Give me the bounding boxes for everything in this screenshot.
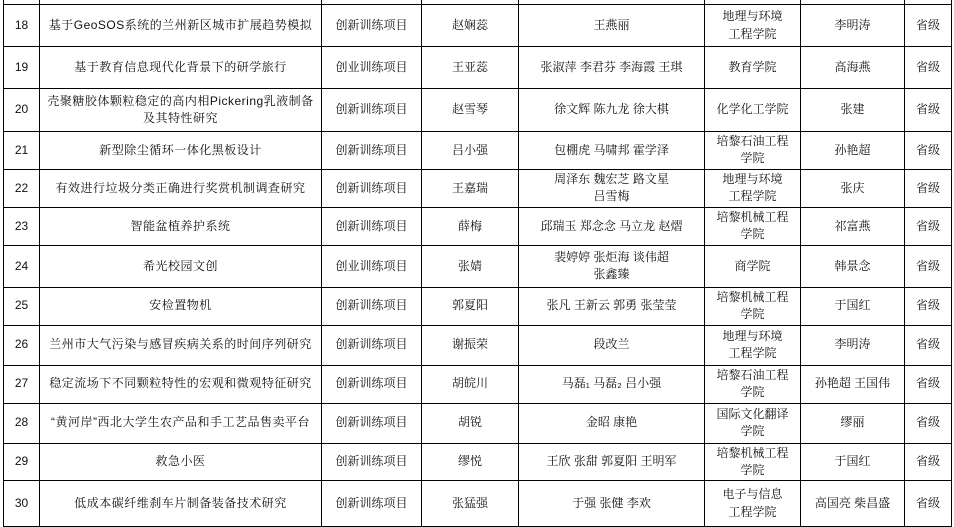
cell-college: 化学化工学院 <box>705 89 801 132</box>
cell-advisor: 李明涛 <box>801 325 905 365</box>
cell-leader: 赵娴蕊 <box>422 5 519 47</box>
cell-advisor: 缪丽 <box>801 403 905 443</box>
cell-members: 裴婷婷 张炬海 谈伟超 张鑫臻 <box>519 245 705 287</box>
cell-leader: 吕小强 <box>422 132 519 170</box>
cell-college: 培黎石油工程 学院 <box>705 365 801 403</box>
cell-leader: 郭夏阳 <box>422 287 519 325</box>
cell-advisor: 于国红 <box>801 443 905 481</box>
cell-college: 电子与信息 工程学院 <box>705 481 801 527</box>
cell-title: 基于教育信息现代化背景下的研学旅行 <box>40 47 322 89</box>
cell-members: 段改兰 <box>519 325 705 365</box>
cell-title: 基于GeoSOS系统的兰州新区城市扩展趋势模拟 <box>40 5 322 47</box>
table-row: 27稳定流场下不同颗粒特性的宏观和微观特征研究创新训练项目胡皖川马磊₁ 马磊₂ … <box>4 365 952 403</box>
table-row: 20壳聚糖胶体颗粒稳定的高内相Pickering乳液制备及其特性研究创新训练项目… <box>4 89 952 132</box>
cell-type: 创新训练项目 <box>322 5 422 47</box>
cell-advisor: 高海燕 <box>801 47 905 89</box>
cell-no: 21 <box>4 132 40 170</box>
cell-college: 培黎石油工程 学院 <box>705 132 801 170</box>
cell-college: 国际文化翻译 学院 <box>705 403 801 443</box>
cell-title: “黄河岸”西北大学生农产品和手工艺品售卖平台 <box>40 403 322 443</box>
cell-members: 王燕丽 <box>519 5 705 47</box>
cell-leader: 胡皖川 <box>422 365 519 403</box>
table-row: 29救急小医创新训练项目缪悦王欣 张甜 郭夏阳 王明军培黎机械工程 学院于国红省… <box>4 443 952 481</box>
cell-advisor: 孙艳超 王国伟 <box>801 365 905 403</box>
cell-no: 25 <box>4 287 40 325</box>
cell-no: 22 <box>4 169 40 207</box>
cell-college: 地理与环境 工程学院 <box>705 325 801 365</box>
cell-title: 壳聚糖胶体颗粒稳定的高内相Pickering乳液制备及其特性研究 <box>40 89 322 132</box>
cell-type: 创新训练项目 <box>322 365 422 403</box>
cell-no: 28 <box>4 403 40 443</box>
cell-advisor: 于国红 <box>801 287 905 325</box>
cell-level: 省级 <box>905 89 952 132</box>
cell-leader: 王嘉瑞 <box>422 169 519 207</box>
cell-leader: 薛梅 <box>422 207 519 245</box>
cell-members: 徐文辉 陈九龙 徐大棋 <box>519 89 705 132</box>
cell-no: 24 <box>4 245 40 287</box>
cell-leader: 王亚蕊 <box>422 47 519 89</box>
cell-type: 创新训练项目 <box>322 403 422 443</box>
cell-leader: 缪悦 <box>422 443 519 481</box>
cell-no: 26 <box>4 325 40 365</box>
table-row: 22有效进行垃圾分类正确进行奖赏机制调查研究创新训练项目王嘉瑞周泽东 魏宏芝 路… <box>4 169 952 207</box>
cell-type: 创新训练项目 <box>322 443 422 481</box>
cell-advisor: 韩景念 <box>801 245 905 287</box>
table-row: 30低成本碳纤维刹车片制备装备技术研究创新训练项目张猛强于强 张健 李欢电子与信… <box>4 481 952 527</box>
cell-no: 23 <box>4 207 40 245</box>
cell-members: 包棚虎 马啸邦 霍学泽 <box>519 132 705 170</box>
cell-type: 创新训练项目 <box>322 481 422 527</box>
cell-college: 培黎机械工程 学院 <box>705 287 801 325</box>
cell-type: 创新训练项目 <box>322 325 422 365</box>
cell-college: 商学院 <box>705 245 801 287</box>
cell-type: 创新训练项目 <box>322 207 422 245</box>
cell-no: 29 <box>4 443 40 481</box>
cell-level: 省级 <box>905 132 952 170</box>
table-row: 21新型除尘循环一体化黑板设计创新训练项目吕小强包棚虎 马啸邦 霍学泽培黎石油工… <box>4 132 952 170</box>
cell-advisor: 孙艳超 <box>801 132 905 170</box>
table-row: 28“黄河岸”西北大学生农产品和手工艺品售卖平台创新训练项目胡锐金昭 康艳国际文… <box>4 403 952 443</box>
table-row: 25安检置物机创新训练项目郭夏阳张凡 王新云 郭勇 张莹莹培黎机械工程 学院于国… <box>4 287 952 325</box>
cell-type: 创新训练项目 <box>322 132 422 170</box>
cell-members: 于强 张健 李欢 <box>519 481 705 527</box>
cell-level: 省级 <box>905 365 952 403</box>
cell-no: 27 <box>4 365 40 403</box>
cell-members: 邱瑞玉 郑念念 马立龙 赵熠 <box>519 207 705 245</box>
cell-leader: 胡锐 <box>422 403 519 443</box>
cell-type: 创业训练项目 <box>322 245 422 287</box>
cell-members: 金昭 康艳 <box>519 403 705 443</box>
cell-type: 创新训练项目 <box>322 89 422 132</box>
document-page: 18基于GeoSOS系统的兰州新区城市扩展趋势模拟创新训练项目赵娴蕊王燕丽地理与… <box>0 0 954 527</box>
cell-level: 省级 <box>905 443 952 481</box>
cell-members: 张淑萍 李君芬 李海霞 王琪 <box>519 47 705 89</box>
cell-members: 周泽东 魏宏芝 路文星 吕雪梅 <box>519 169 705 207</box>
cell-title: 低成本碳纤维刹车片制备装备技术研究 <box>40 481 322 527</box>
cell-level: 省级 <box>905 481 952 527</box>
cell-college: 培黎机械工程 学院 <box>705 443 801 481</box>
cell-level: 省级 <box>905 207 952 245</box>
cell-college: 培黎机械工程 学院 <box>705 207 801 245</box>
cell-advisor: 祁富燕 <box>801 207 905 245</box>
cell-type: 创新训练项目 <box>322 287 422 325</box>
cell-advisor: 李明涛 <box>801 5 905 47</box>
cell-no: 18 <box>4 5 40 47</box>
cell-title: 安检置物机 <box>40 287 322 325</box>
cell-type: 创业训练项目 <box>322 47 422 89</box>
cell-type: 创新训练项目 <box>322 169 422 207</box>
table-row: 26兰州市大气污染与感冒疾病关系的时间序列研究创新训练项目谢振荣段改兰地理与环境… <box>4 325 952 365</box>
table-row: 18基于GeoSOS系统的兰州新区城市扩展趋势模拟创新训练项目赵娴蕊王燕丽地理与… <box>4 5 952 47</box>
cell-college: 教育学院 <box>705 47 801 89</box>
cell-level: 省级 <box>905 5 952 47</box>
projects-table: 18基于GeoSOS系统的兰州新区城市扩展趋势模拟创新训练项目赵娴蕊王燕丽地理与… <box>3 0 952 527</box>
cell-title: 稳定流场下不同颗粒特性的宏观和微观特征研究 <box>40 365 322 403</box>
cell-advisor: 高国亮 柴昌盛 <box>801 481 905 527</box>
cell-advisor: 张庆 <box>801 169 905 207</box>
table-row: 19基于教育信息现代化背景下的研学旅行创业训练项目王亚蕊张淑萍 李君芬 李海霞 … <box>4 47 952 89</box>
cell-level: 省级 <box>905 245 952 287</box>
table-row: 24希光校园文创创业训练项目张婧裴婷婷 张炬海 谈伟超 张鑫臻商学院韩景念省级 <box>4 245 952 287</box>
cell-level: 省级 <box>905 403 952 443</box>
cell-title: 救急小医 <box>40 443 322 481</box>
cell-advisor: 张建 <box>801 89 905 132</box>
cell-no: 19 <box>4 47 40 89</box>
cell-no: 20 <box>4 89 40 132</box>
cell-members: 张凡 王新云 郭勇 张莹莹 <box>519 287 705 325</box>
cell-no: 30 <box>4 481 40 527</box>
cell-title: 新型除尘循环一体化黑板设计 <box>40 132 322 170</box>
cell-level: 省级 <box>905 47 952 89</box>
cell-title: 希光校园文创 <box>40 245 322 287</box>
cell-title: 兰州市大气污染与感冒疾病关系的时间序列研究 <box>40 325 322 365</box>
cell-leader: 张婧 <box>422 245 519 287</box>
cell-college: 地理与环境 工程学院 <box>705 5 801 47</box>
table-row: 23智能盆植养护系统创新训练项目薛梅邱瑞玉 郑念念 马立龙 赵熠培黎机械工程 学… <box>4 207 952 245</box>
cell-college: 地理与环境 工程学院 <box>705 169 801 207</box>
cell-level: 省级 <box>905 325 952 365</box>
cell-leader: 谢振荣 <box>422 325 519 365</box>
cell-title: 智能盆植养护系统 <box>40 207 322 245</box>
cell-leader: 赵雪琴 <box>422 89 519 132</box>
cell-level: 省级 <box>905 287 952 325</box>
cell-leader: 张猛强 <box>422 481 519 527</box>
cell-title: 有效进行垃圾分类正确进行奖赏机制调查研究 <box>40 169 322 207</box>
cell-level: 省级 <box>905 169 952 207</box>
cell-members: 王欣 张甜 郭夏阳 王明军 <box>519 443 705 481</box>
cell-members: 马磊₁ 马磊₂ 吕小强 <box>519 365 705 403</box>
